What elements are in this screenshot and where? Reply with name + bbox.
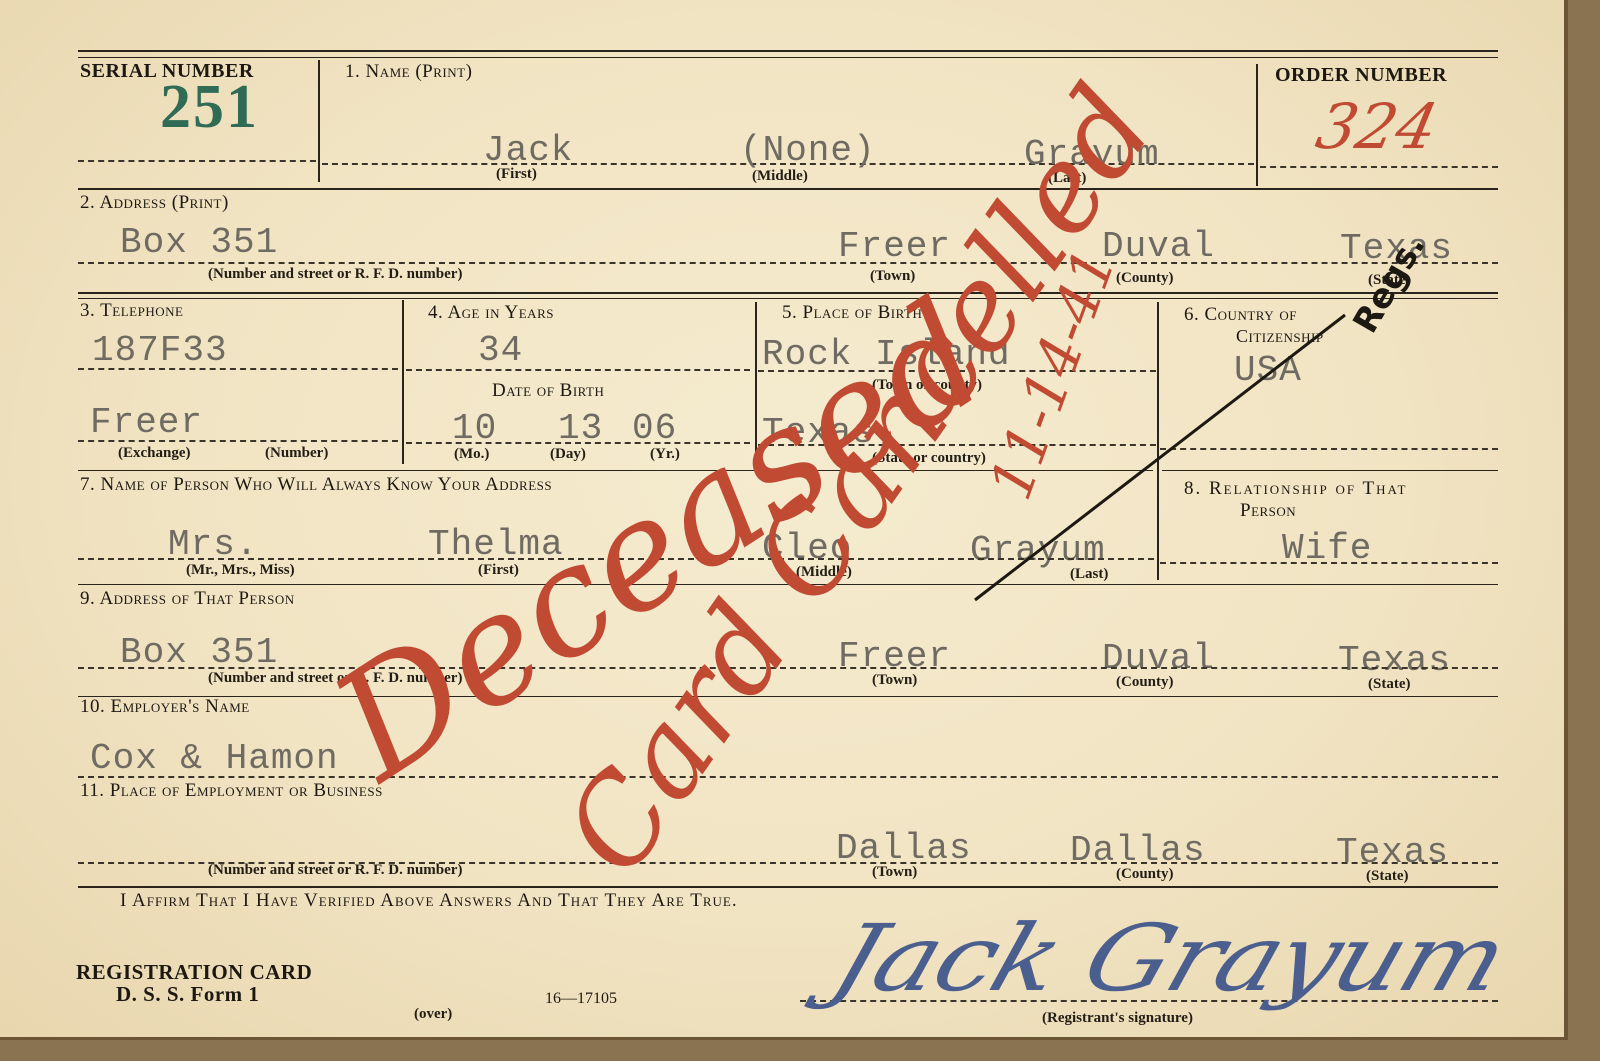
age-value: 34 (478, 330, 523, 371)
contact-address-county-caption: (County) (1116, 674, 1174, 691)
tel-age-divider (402, 300, 404, 464)
name-middle-value: (None) (740, 130, 876, 171)
double-rule-2 (78, 298, 1498, 299)
employer-underline (78, 776, 1498, 778)
telephone-exchange-value: Freer (90, 402, 203, 443)
address-street-caption: (Number and street or R. F. D. number) (208, 266, 462, 283)
employment-town-caption: (Town) (872, 864, 917, 881)
affirmation-text: I Affirm That I Have Verified Above Answ… (120, 890, 738, 912)
employment-state-value: Texas (1336, 832, 1449, 873)
contact-last-value: Grayum (970, 530, 1106, 571)
order-number-value: 324 (1310, 90, 1444, 163)
birthplace-town-underline (758, 370, 1156, 372)
contact-address-state-caption: (State) (1368, 676, 1410, 693)
rule-before-contact-address (78, 584, 1498, 585)
contact-first-caption: (First) (478, 562, 519, 579)
citizenship-value: USA (1234, 350, 1302, 391)
telephone-underline (78, 368, 398, 370)
contact-person-label: 7. Name of Person Who Will Always Know Y… (80, 474, 552, 496)
signature-caption: (Registrant's signature) (1042, 1010, 1193, 1027)
serial-divider (318, 60, 320, 182)
contact-last-caption: (Last) (1070, 566, 1108, 583)
rule-before-relationship (1162, 470, 1498, 471)
contact-middle-value: Cleo (762, 528, 852, 569)
top-rule (78, 50, 1498, 52)
birthplace-state-value: Texas (762, 412, 875, 453)
birthplace-town-value: Rock Island (762, 334, 1011, 375)
employer-value: Cox & Hamon (90, 738, 339, 779)
age-birth-divider (755, 302, 757, 464)
contact-address-town-caption: (Town) (872, 672, 917, 689)
name-label: 1. Name (Print) (345, 61, 472, 83)
telephone-number-caption: (Number) (265, 445, 328, 462)
citizenship-label-2: Citizenship (1236, 326, 1324, 347)
citizenship-label-1: 6. Country of (1184, 304, 1297, 326)
serial-underline (78, 160, 316, 162)
over-note: (over) (414, 1006, 452, 1023)
rule-before-employer (78, 696, 1498, 697)
top-rule-2 (78, 57, 1498, 58)
address-underline (78, 262, 1498, 264)
name-last-value: Grayum (1024, 134, 1160, 175)
address-county-caption: (County) (1116, 270, 1174, 287)
birth-citizen-divider (1157, 302, 1159, 580)
age-underline (406, 369, 750, 371)
order-divider (1256, 64, 1258, 186)
name-middle-caption: (Middle) (752, 168, 808, 185)
registration-card: SERIAL NUMBER 251 1. Name (Print) Jack (… (0, 0, 1568, 1040)
birthplace-town-caption: (Town or county) (872, 377, 982, 394)
dob-month-caption: (Mo.) (454, 446, 489, 463)
name-first-caption: (First) (496, 166, 537, 183)
order-underline (1260, 166, 1498, 168)
contact-underline (78, 558, 1154, 560)
contact-title-caption: (Mr., Mrs., Miss) (186, 562, 295, 579)
birthplace-state-caption: (State or country) (872, 450, 986, 467)
employment-county-value: Dallas (1070, 830, 1206, 871)
employment-state-caption: (State) (1366, 868, 1408, 885)
employment-street-caption: (Number and street or R. F. D. number) (208, 862, 462, 879)
dob-label: Date of Birth (492, 380, 604, 402)
citizenship-underline (1160, 448, 1498, 450)
birthplace-state-underline (758, 444, 1156, 446)
relationship-underline (1160, 562, 1498, 564)
exchange-underline (78, 440, 398, 442)
contact-address-street-caption: (Number and street or R. F. D. number) (208, 670, 462, 687)
birthplace-label: 5. Place of Birth (782, 302, 922, 324)
relationship-label-1: 8. Relationship of That (1184, 478, 1407, 500)
relationship-label-2: Person (1240, 500, 1296, 522)
double-rule-1 (78, 292, 1498, 294)
address-town-value: Freer (838, 226, 951, 267)
contact-address-town-value: Freer (838, 636, 951, 677)
print-code: 16—17105 (545, 990, 617, 1008)
telephone-label: 3. Telephone (80, 300, 183, 322)
address-street-value: Box 351 (120, 222, 278, 263)
order-number-label: ORDER NUMBER (1275, 64, 1447, 87)
rule-before-contact (78, 470, 1153, 471)
employment-county-caption: (County) (1116, 866, 1174, 883)
employer-label: 10. Employer's Name (80, 696, 250, 718)
contact-middle-caption: (Middle) (796, 564, 852, 581)
dob-underline (406, 442, 750, 444)
rule-after-name (78, 188, 1498, 190)
address-label: 2. Address (Print) (80, 192, 229, 214)
address-state-caption: (State) (1368, 272, 1410, 289)
contact-address-state-value: Texas (1338, 640, 1451, 681)
age-label: 4. Age in Years (428, 302, 554, 324)
telephone-number-value: 187F33 (92, 330, 228, 371)
registrant-signature: Jack Grayum (820, 905, 1518, 1012)
contact-address-underline (78, 667, 1498, 669)
form-name: D. S. S. Form 1 (116, 982, 259, 1007)
rule-before-affirmation (78, 886, 1498, 888)
telephone-exchange-caption: (Exchange) (118, 445, 191, 462)
name-last-caption: (Last) (1048, 170, 1086, 187)
address-town-caption: (Town) (870, 268, 915, 285)
employment-place-label: 11. Place of Employment or Business (80, 780, 383, 802)
address-county-value: Duval (1102, 226, 1215, 267)
serial-number-value: 251 (160, 72, 259, 143)
dob-year-caption: (Yr.) (650, 446, 680, 463)
dob-day-caption: (Day) (550, 446, 586, 463)
contact-address-label: 9. Address of That Person (80, 588, 295, 610)
name-first-value: Jack (483, 130, 573, 171)
contact-address-county-value: Duval (1102, 638, 1215, 679)
